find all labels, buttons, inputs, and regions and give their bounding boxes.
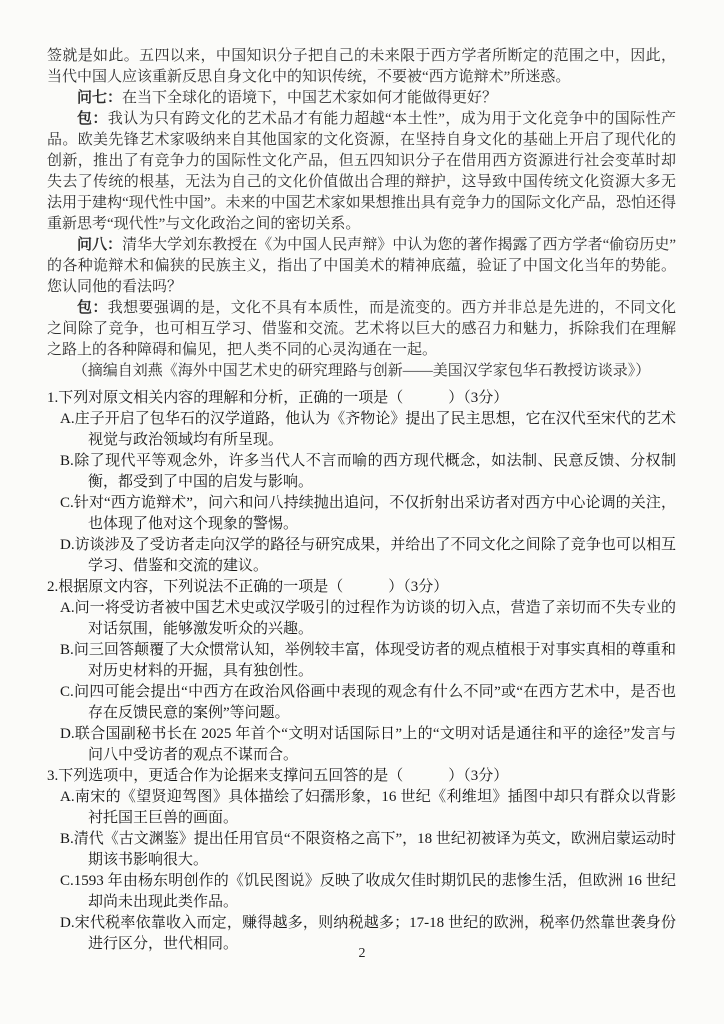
passage-paragraph: 签就是如此。五四以来，中国知识分子把自己的未来限于西方学者所断定的范围之中，因此… bbox=[47, 46, 676, 88]
paragraph-text: 我认为只有跨文化的艺术品才有能力超越“本土性”，成为用于文化竞争中的国际性产品。… bbox=[47, 111, 676, 232]
option-label: A. bbox=[60, 411, 75, 427]
questions-section: 1.下列对原文相关内容的理解和分析，正确的一项是（ ）（3分） A.庄子开启了包… bbox=[47, 388, 676, 955]
paragraph-text: 我想要强调的是，文化不具有本质性，而是流变的。西方并非总是先进的，不同文化之间除… bbox=[47, 300, 676, 358]
option-label: A. bbox=[60, 600, 75, 616]
option-text: 问三回答颠覆了大众惯常认知，举例较丰富，体现受访者的观点植根于对事实真相的尊重和… bbox=[74, 642, 676, 679]
answer-option: B.除了现代平等观念外，许多当代人不言而喻的西方现代概念，如法制、民意反馈、分权… bbox=[88, 451, 676, 493]
passage-attribution: （摘编自刘燕《海外中国艺术史的研究理路与创新——美国汉学家包华石教授访谈录》） bbox=[47, 361, 676, 382]
option-text: 问四可能会提出“中西方在政治风俗画中表现的观念有什么不同”或“在西方艺术中，是否… bbox=[74, 684, 676, 721]
answer-option: B.清代《古文渊鉴》提出任用官员“不限资格之高下”，18 世纪初被译为英文，欧洲… bbox=[88, 829, 676, 871]
passage-paragraph: 包：我想要强调的是，文化不具有本质性，而是流变的。西方并非总是先进的，不同文化之… bbox=[47, 298, 676, 361]
option-text: 除了现代平等观念外，许多当代人不言而喻的西方现代概念，如法制、民意反馈、分权制衡… bbox=[74, 453, 676, 490]
question-stem-text: 根据原文内容，下列说法不正确的一项是（ ）（3分） bbox=[58, 579, 448, 595]
answer-option: C.针对“西方诡辩术”，问六和问八持续抛出追问，不仅折射出采访者对西方中心论调的… bbox=[88, 493, 676, 535]
answer-option: D.联合国副秘书长在 2025 年首个“文明对话国际日”上的“文明对话是通往和平… bbox=[88, 724, 676, 766]
speaker-label: 问八： bbox=[77, 237, 122, 253]
question-stem-text: 下列选项中，更适合作为论据来支撑问五回答的是（ ）（3分） bbox=[58, 768, 508, 784]
passage-paragraph: 问七：在当下全球化的语境下，中国艺术家如何才能做得更好？ bbox=[47, 88, 676, 109]
option-text: 联合国副秘书长在 2025 年首个“文明对话国际日”上的“文明对话是通往和平的途… bbox=[75, 726, 676, 763]
reading-passage: 签就是如此。五四以来，中国知识分子把自己的未来限于西方学者所断定的范围之中，因此… bbox=[47, 46, 676, 382]
paragraph-text: 在当下全球化的语境下，中国艺术家如何才能做得更好？ bbox=[122, 90, 497, 106]
paragraph-text: 签就是如此。五四以来，中国知识分子把自己的未来限于西方学者所断定的范围之中，因此… bbox=[47, 48, 676, 85]
question-2: 2.根据原文内容，下列说法不正确的一项是（ ）（3分） A.问一将受访者被中国艺… bbox=[47, 577, 676, 766]
speaker-label: 包： bbox=[77, 111, 108, 127]
answer-option: A.庄子开启了包华石的汉学道路，他认为《齐物论》提出了民主思想，它在汉代至宋代的… bbox=[88, 409, 676, 451]
speaker-label: 问七： bbox=[77, 90, 122, 106]
option-label: C. bbox=[60, 873, 74, 889]
answer-option: A.南宋的《望贤迎驾图》具体描绘了妇孺形象，16 世纪《利维坦》插图中却只有群众… bbox=[88, 787, 676, 829]
page-number: 2 bbox=[0, 943, 724, 964]
option-text: 庄子开启了包华石的汉学道路，他认为《齐物论》提出了民主思想，它在汉代至宋代的艺术… bbox=[75, 411, 676, 448]
option-label: A. bbox=[60, 789, 75, 805]
answer-option: B.问三回答颠覆了大众惯常认知，举例较丰富，体现受访者的观点植根于对事实真相的尊… bbox=[88, 640, 676, 682]
question-stem: 2.根据原文内容，下列说法不正确的一项是（ ）（3分） bbox=[47, 577, 676, 598]
option-text: 访谈涉及了受访者走向汉学的路径与研究成果，并给出了不同文化之间除了竞争也可以相互… bbox=[75, 537, 676, 574]
option-text: 问一将受访者被中国艺术史或汉学吸引的过程作为访谈的切入点，营造了亲切而不失专业的… bbox=[75, 600, 676, 637]
option-label: D. bbox=[60, 915, 75, 931]
option-label: B. bbox=[60, 642, 74, 658]
question-1: 1.下列对原文相关内容的理解和分析，正确的一项是（ ）（3分） A.庄子开启了包… bbox=[47, 388, 676, 577]
option-label: B. bbox=[60, 453, 74, 469]
question-stem: 1.下列对原文相关内容的理解和分析，正确的一项是（ ）（3分） bbox=[47, 388, 676, 409]
option-text: 清代《古文渊鉴》提出任用官员“不限资格之高下”，18 世纪初被译为英文，欧洲启蒙… bbox=[74, 831, 676, 868]
answer-option: A.问一将受访者被中国艺术史或汉学吸引的过程作为访谈的切入点，营造了亲切而不失专… bbox=[88, 598, 676, 640]
answer-option: C.问四可能会提出“中西方在政治风俗画中表现的观念有什么不同”或“在西方艺术中，… bbox=[88, 682, 676, 724]
option-label: D. bbox=[60, 726, 75, 742]
option-text: 针对“西方诡辩术”，问六和问八持续抛出追问，不仅折射出采访者对西方中心论调的关注… bbox=[74, 495, 676, 532]
question-number: 1. bbox=[47, 390, 58, 406]
answer-option: D.访谈涉及了受访者走向汉学的路径与研究成果，并给出了不同文化之间除了竞争也可以… bbox=[88, 535, 676, 577]
passage-paragraph: 包：我认为只有跨文化的艺术品才有能力超越“本土性”，成为用于文化竞争中的国际性产… bbox=[47, 109, 676, 235]
question-3: 3.下列选项中，更适合作为论据来支撑问五回答的是（ ）（3分） A.南宋的《望贤… bbox=[47, 766, 676, 955]
option-label: D. bbox=[60, 537, 75, 553]
exam-page: 签就是如此。五四以来，中国知识分子把自己的未来限于西方学者所断定的范围之中，因此… bbox=[0, 0, 724, 1024]
option-text: 1593 年由杨东明创作的《饥民图说》反映了收成欠佳时期饥民的悲惨生活，但欧洲 … bbox=[74, 873, 676, 910]
option-text: 南宋的《望贤迎驾图》具体描绘了妇孺形象，16 世纪《利维坦》插图中却只有群众以背… bbox=[75, 789, 676, 826]
question-number: 2. bbox=[47, 579, 58, 595]
question-stem-text: 下列对原文相关内容的理解和分析，正确的一项是（ ）（3分） bbox=[58, 390, 508, 406]
option-label: C. bbox=[60, 495, 74, 511]
passage-paragraph: 问八：清华大学刘东教授在《为中国人民声辩》中认为您的著作揭露了西方学者“偷窃历史… bbox=[47, 235, 676, 298]
paragraph-text: 清华大学刘东教授在《为中国人民声辩》中认为您的著作揭露了西方学者“偷窃历史”的各… bbox=[47, 237, 676, 295]
option-label: C. bbox=[60, 684, 74, 700]
answer-option: C.1593 年由杨东明创作的《饥民图说》反映了收成欠佳时期饥民的悲惨生活，但欧… bbox=[88, 871, 676, 913]
option-label: B. bbox=[60, 831, 74, 847]
question-number: 3. bbox=[47, 768, 58, 784]
speaker-label: 包： bbox=[77, 300, 108, 316]
question-stem: 3.下列选项中，更适合作为论据来支撑问五回答的是（ ）（3分） bbox=[47, 766, 676, 787]
